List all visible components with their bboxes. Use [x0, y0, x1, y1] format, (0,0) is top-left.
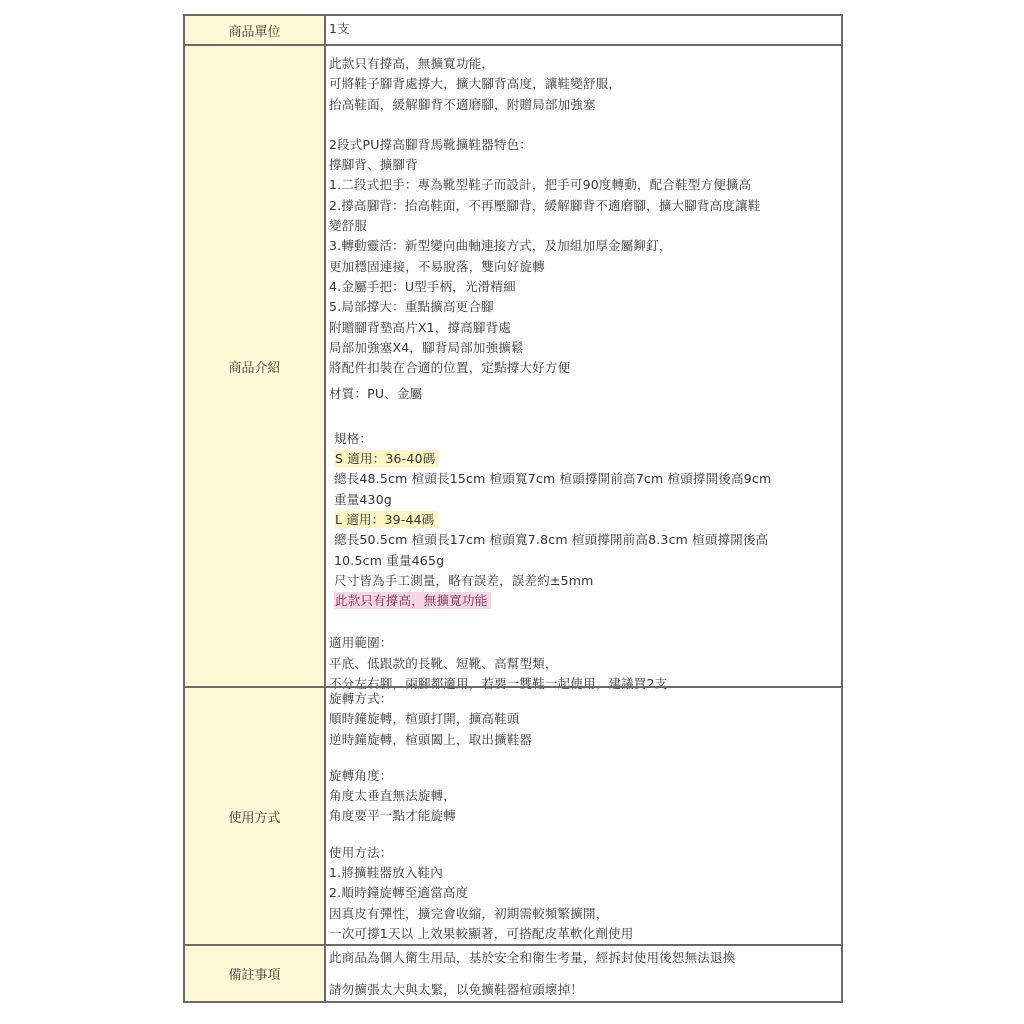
- feature-line: 撐腳背、擴腳背: [329, 155, 839, 175]
- angle-line: 角度要平一點才能旋轉: [329, 806, 839, 826]
- intro-line: 此款只有撐高，無擴寬功能，: [329, 54, 839, 74]
- feature-line: 變舒服: [329, 216, 839, 236]
- method-line: 1.將擴鞋器放入鞋內: [329, 863, 839, 883]
- size-l-label: L 適用：39-44碼: [334, 511, 438, 528]
- label-unit: 商品單位: [185, 16, 326, 44]
- rotation-line: 順時鐘旋轉，楦頭打開，擴高鞋頭: [329, 709, 839, 729]
- size-l-dims: 總長50.5cm 楦頭長17cm 楦頭寬7.8cm 楦頭撐開前高8.3cm 楦頭…: [334, 530, 839, 550]
- feature-line: 將配件扣裝在合適的位置，定點撐大好方便: [329, 358, 839, 378]
- row-intro: 商品介紹 此款只有撐高，無擴寬功能， 可將鞋子腳背處撐大，擴大腳背高度，讓鞋變舒…: [185, 44, 841, 686]
- scope-line: 平底、低跟款的長靴、短靴、高幫型類，: [329, 654, 839, 674]
- feature-title: 2段式PU撐高腳背馬靴擴鞋器特色：: [329, 135, 839, 155]
- feature-line: 更加穩固連接，不易脫落，雙向好旋轉: [329, 257, 839, 277]
- row-notes: 備註事項 此商品為個人衛生用品，基於安全和衛生考量，經拆封使用後恕無法退換 請勿…: [185, 944, 841, 1001]
- feature-line: 局部加強塞X4，腳背局部加強擴鬆: [329, 338, 839, 358]
- angle-title: 旋轉角度：: [329, 766, 839, 786]
- row-unit: 商品單位 1支: [185, 16, 841, 44]
- intro-line: 抬高鞋面，緩解腳背不適磨腳，附贈局部加強塞: [329, 95, 839, 115]
- feature-line: 3.轉動靈活：新型變向曲軸連接方式，及加組加厚金屬鉚釘，: [329, 236, 839, 256]
- method-title: 使用方法：: [329, 843, 839, 863]
- value-usage: 旋轉方式： 順時鐘旋轉，楦頭打開，擴高鞋頭 逆時鐘旋轉，楦頭闔上，取出擴鞋器 旋…: [326, 688, 841, 944]
- size-s-weight: 重量430g: [334, 490, 839, 510]
- material-line: 材質：PU、金屬: [329, 384, 839, 404]
- rotation-title: 旋轉方式：: [329, 689, 839, 709]
- product-spec-table: 商品單位 1支 商品介紹 此款只有撐高，無擴寬功能， 可將鞋子腳背處撐大，擴大腳…: [183, 14, 843, 1003]
- measure-note: 尺寸皆為手工測量，略有誤差，誤差約±5mm: [334, 571, 839, 591]
- angle-line: 角度太垂直無法旋轉，: [329, 786, 839, 806]
- rotation-line: 逆時鐘旋轉，楦頭闔上，取出擴鞋器: [329, 730, 839, 750]
- note-line: 此商品為個人衛生用品，基於安全和衛生考量，經拆封使用後恕無法退換: [329, 948, 839, 968]
- spec-title: 規格：: [334, 429, 839, 449]
- intro-line: 可將鞋子腳背處撐大，擴大腳背高度，讓鞋變舒服，: [329, 74, 839, 94]
- warning-highlight: 此款只有撐高，無擴寬功能: [334, 592, 491, 609]
- note-line: 請勿擴張太大與太緊，以免擴鞋器楦頭壞掉！: [329, 980, 839, 1000]
- method-line: 2.順時鐘旋轉至適當高度: [329, 883, 839, 903]
- feature-line: 2.撐高腳背：抬高鞋面，不再壓腳背，緩解腳背不適磨腳，擴大腳背高度讓鞋: [329, 196, 839, 216]
- size-l-weight: 10.5cm 重量465g: [334, 551, 839, 571]
- value-unit: 1支: [326, 16, 841, 44]
- row-usage: 使用方式 旋轉方式： 順時鐘旋轉，楦頭打開，擴高鞋頭 逆時鐘旋轉，楦頭闔上，取出…: [185, 686, 841, 944]
- method-line: 因真皮有彈性，擴完會收縮，初期需較頻繁擴開，: [329, 904, 839, 924]
- feature-line: 附贈腳背墊高片X1，撐高腳背處: [329, 318, 839, 338]
- unit-text: 1支: [329, 19, 839, 39]
- label-usage: 使用方式: [185, 688, 326, 944]
- value-intro: 此款只有撐高，無擴寬功能， 可將鞋子腳背處撐大，擴大腳背高度，讓鞋變舒服， 抬高…: [326, 46, 841, 686]
- label-notes: 備註事項: [185, 946, 326, 1001]
- size-s-dims: 總長48.5cm 楦頭長15cm 楦頭寬7cm 楦頭撐開前高7cm 楦頭撐開後高…: [334, 469, 839, 489]
- label-intro: 商品介紹: [185, 46, 326, 686]
- feature-line: 1.二段式把手：專為靴型鞋子而設計，把手可90度轉動，配合鞋型方便擴高: [329, 175, 839, 195]
- size-s-label: S 適用：36-40碼: [334, 450, 439, 467]
- feature-line: 5.局部撐大：重點擴高更合腳: [329, 297, 839, 317]
- scope-title: 適用範圍：: [329, 633, 839, 653]
- feature-line: 4.金屬手把：U型手柄，光滑精細: [329, 277, 839, 297]
- value-notes: 此商品為個人衛生用品，基於安全和衛生考量，經拆封使用後恕無法退換 請勿擴張太大與…: [326, 946, 841, 1001]
- method-line: 一次可撐1天以 上效果較顯著，可搭配皮革軟化劑使用: [329, 924, 839, 944]
